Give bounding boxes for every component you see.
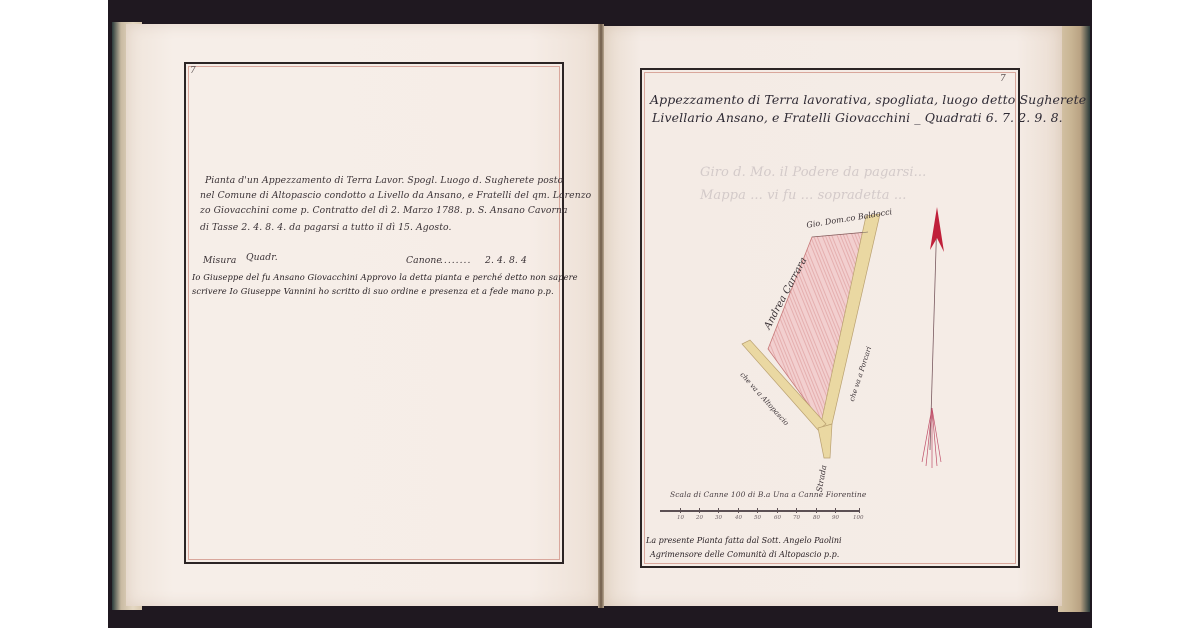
scale-tick [816, 508, 817, 513]
parcel-map [0, 0, 1200, 628]
scale-tick [699, 508, 700, 513]
scale-bar [660, 510, 860, 512]
scale-tick [796, 508, 797, 513]
signature-line: La presente Pianta fatta dal Sott. Angel… [646, 536, 842, 545]
scale-tick-label: 10 [677, 515, 684, 521]
north-arrow-icon [922, 207, 944, 468]
scale-tick-label: 60 [774, 515, 781, 521]
scale-tick-label: 70 [793, 515, 800, 521]
scale-tick [859, 508, 860, 513]
scale-tick [680, 508, 681, 513]
scale-tick-label: 30 [715, 515, 722, 521]
road-bottom [818, 424, 832, 458]
scale-tick [835, 508, 836, 513]
scale-tick-label: 20 [696, 515, 703, 521]
scale-tick-label: 50 [754, 515, 761, 521]
scale-tick-label: 90 [832, 515, 839, 521]
scale-tick-label: 80 [813, 515, 820, 521]
scale-title: Scala di Canne 100 di B.a Una a Canne Fi… [670, 490, 866, 499]
scale-tick [757, 508, 758, 513]
scale-tick-label: 40 [735, 515, 742, 521]
scale-tick [777, 508, 778, 513]
scale-tick [718, 508, 719, 513]
signature-line: Agrimensore delle Comunità di Altopascio… [650, 550, 839, 559]
scale-tick [738, 508, 739, 513]
scale-tick-label: 100 [853, 515, 864, 521]
